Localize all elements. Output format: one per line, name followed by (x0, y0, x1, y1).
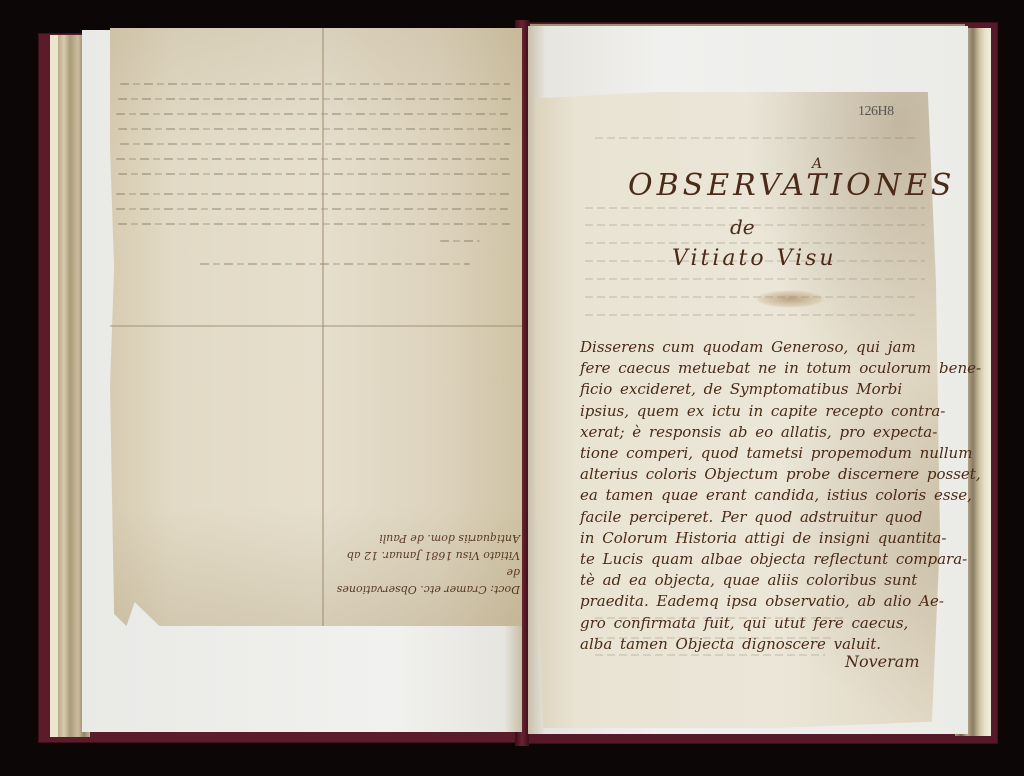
body-line: ea tamen quae erant candida, istius colo… (580, 485, 940, 506)
manuscript-body: Disserens cum quodam Generoso, qui jam f… (580, 337, 940, 655)
body-line: tione comperi, quod tametsi propemodum n… (580, 443, 940, 464)
body-line: ficio excideret, de Symptomatibus Morbi (580, 379, 940, 400)
body-line: tè ad ea objecta, quae aliis coloribus s… (580, 570, 940, 591)
manuscript-title-de: de (730, 215, 755, 239)
body-line: ipsius, quem ex ictu in capite recepto c… (580, 401, 940, 422)
fold-line-horizontal (110, 325, 522, 327)
body-line: Disserens cum quodam Generoso, qui jam (580, 337, 940, 358)
fold-line-vertical (322, 28, 324, 626)
catchword: Noveram (845, 652, 920, 671)
paper-stain (755, 290, 825, 308)
docket-line: Vitiato Visu 1681 Januar. 12 ab (330, 547, 520, 564)
body-line: te Lucis quam albae objecta reflectunt c… (580, 549, 940, 570)
manuscript-title: OBSERVATIONES (628, 168, 955, 203)
body-line: alterius coloris Objectum probe discerne… (580, 464, 940, 485)
body-line: gro confirmata fuit, qui utut fere caecu… (580, 613, 940, 634)
body-line: in Colorum Historia attigi de insigni qu… (580, 528, 940, 549)
upside-down-docket-note: Doct: Cramer etc. Observationes de Vitia… (330, 530, 520, 598)
body-line: xerat; è responsis ab eo allatis, pro ex… (580, 422, 940, 443)
shelfmark-label: 126H8 (858, 104, 894, 120)
body-line: facile perciperet. Per quod adstruitur q… (580, 507, 940, 528)
body-line: praedita. Eademq ipsa observatio, ab ali… (580, 591, 940, 612)
docket-line: Antiquariis dom. de Pauli (330, 530, 520, 547)
body-line: fere caecus metuebat ne in totum oculoru… (580, 358, 940, 379)
manuscript-subtitle: Vitiato Visu (672, 246, 837, 271)
docket-line: Doct: Cramer etc. Observationes de (330, 564, 520, 598)
